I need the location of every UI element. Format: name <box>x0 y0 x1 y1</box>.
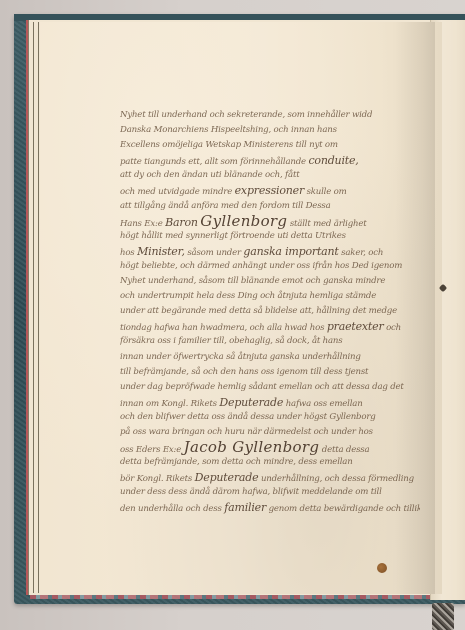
emphasized-word: Minister, <box>137 245 185 258</box>
line-text: bör Kongl. Rikets <box>120 474 195 484</box>
line-text: innan under öfwertrycka så åtnjuta gansk… <box>120 352 361 362</box>
line-text: genom detta bewärdigande och tillika <box>266 504 420 514</box>
page-edge-line <box>38 22 39 593</box>
line-text: under att begärande med detta så blidels… <box>120 306 397 316</box>
emphasized-word: Deputerade <box>195 471 259 484</box>
marbled-bottom-edge <box>30 595 440 599</box>
line-text: Hans Ex:e <box>120 219 165 229</box>
line-text: på oss wara bringan och huru när därmede… <box>120 427 373 437</box>
line-text: underhållning, och dessa förmedling <box>258 474 413 484</box>
emphasized-word: expressioner <box>235 184 304 197</box>
line-text: ställt med ärlighet <box>287 219 366 229</box>
manuscript-line: högt beliebte, och därmed anhängt under … <box>120 259 420 274</box>
line-text: till befrämjande, så och den hans oss ig… <box>120 367 368 377</box>
emphasized-word: Deputerade <box>219 396 283 409</box>
manuscript-line: innan om Kongl. Rikets Deputerade hafwa … <box>120 395 420 410</box>
manuscript-line: Danska Monarchiens Hispeeltshing, och in… <box>120 123 420 138</box>
line-text: Excellens omöjeliga Wetskap Ministerens … <box>120 140 338 150</box>
manuscript-line: på oss wara bringan och huru när därmede… <box>120 425 420 440</box>
line-text: Danska Monarchiens Hispeeltshing, och in… <box>120 125 337 135</box>
emphasized-word: praetexter <box>327 320 384 333</box>
manuscript-line: tiondag hafwa han hwadmera, och alla hwa… <box>120 319 420 334</box>
manuscript-line: Nyhet underhand, såsom till blänande emo… <box>120 274 420 289</box>
line-text: hos <box>120 248 137 258</box>
page-edge-line <box>33 22 34 593</box>
line-text: och undertrumpit hela dess Ding och åtnj… <box>120 291 376 301</box>
line-text: och den blifwer detta oss ändå dessa und… <box>120 412 376 422</box>
line-text: Nyhet underhand, såsom till blänande emo… <box>120 276 385 286</box>
line-text: att dy och den ändan uti blänande och, f… <box>120 170 299 180</box>
manuscript-line: Excellens omöjeliga Wetskap Ministerens … <box>120 138 420 153</box>
line-text: såsom under <box>185 248 244 258</box>
wax-seal-dot-icon <box>377 563 387 573</box>
line-text: försäkra oss i familier till, obehaglig,… <box>120 336 342 346</box>
manuscript-line: hos Minister, såsom under ganska importa… <box>120 244 420 259</box>
manuscript-line: och med utvidgade mindre expressioner sk… <box>120 183 420 198</box>
manuscript-line: Nyhet till underhand och sekreterande, s… <box>120 108 420 123</box>
manuscript-line: detta befrämjande, som detta och mindre,… <box>120 455 420 470</box>
manuscript-line: under dag bepröfwade hemlig sådant emell… <box>120 380 420 395</box>
line-text: saker, och <box>339 248 384 258</box>
manuscript-line: att dy och den ändan uti blänande och, f… <box>120 168 420 183</box>
emphasized-word: ganska important <box>243 245 338 258</box>
manuscript-line: och undertrumpit hela dess Ding och åtnj… <box>120 289 420 304</box>
manuscript-line: oss Eders Ex:e Jacob Gyllenborg detta de… <box>120 440 420 455</box>
line-text: och <box>384 323 401 333</box>
line-text: högt beliebte, och därmed anhängt under … <box>120 261 402 271</box>
line-text: oss Eders Ex:e <box>120 445 184 455</box>
manuscript-text: Nyhet till underhand och sekreterande, s… <box>120 108 420 516</box>
manuscript-line: under att begärande med detta så blidels… <box>120 304 420 319</box>
manuscript-line: Hans Ex:e Baron Gyllenborg ställt med är… <box>120 214 420 229</box>
manuscript-line: till befrämjande, så och den hans oss ig… <box>120 365 420 380</box>
manuscript-line: under dess dess ändå därom hafwa, blifwi… <box>120 485 420 500</box>
line-text: den underhålla och dess <box>120 504 224 514</box>
manuscript-line: högt hållit med synnerligt förtroende ut… <box>120 229 420 244</box>
line-text: Nyhet till underhand och sekreterande, s… <box>120 110 372 120</box>
emphasized-word: conduite, <box>308 154 358 167</box>
line-text: under dess dess ändå därom hafwa, blifwi… <box>120 487 382 497</box>
manuscript-line: innan under öfwertrycka så åtnjuta gansk… <box>120 350 420 365</box>
manuscript-line: försäkra oss i familier till, obehaglig,… <box>120 334 420 349</box>
manuscript-line: patte tiangunds ett, allt som förinnehål… <box>120 153 420 168</box>
line-text: tiondag hafwa han hwadmera, och alla hwa… <box>120 323 327 333</box>
manuscript-line: att tillgång ändå anföra med den fordom … <box>120 199 420 214</box>
line-text: detta dessa <box>319 445 369 455</box>
emphasized-word: Baron <box>165 216 198 229</box>
line-text: att tillgång ändå anföra med den fordom … <box>120 201 331 211</box>
manuscript-line: den underhålla och dess familier genom d… <box>120 500 420 515</box>
signature-name: Gyllenborg <box>200 214 287 229</box>
line-text: skulle om <box>304 187 347 197</box>
line-text: hafwa oss emellan <box>283 399 362 409</box>
line-text: patte tiangunds ett, allt som förinnehål… <box>120 157 308 167</box>
emphasized-word: familier <box>224 501 266 514</box>
signature-name: Jacob Gyllenborg <box>184 440 320 455</box>
clasp-icon <box>432 603 454 630</box>
manuscript-line: och den blifwer detta oss ändå dessa und… <box>120 410 420 425</box>
line-text: innan om Kongl. Rikets <box>120 399 219 409</box>
line-text: detta befrämjande, som detta och mindre,… <box>120 457 353 467</box>
manuscript-line: bör Kongl. Rikets Deputerade underhållni… <box>120 470 420 485</box>
line-text: och med utvidgade mindre <box>120 187 235 197</box>
line-text: under dag bepröfwade hemlig sådant emell… <box>120 382 404 392</box>
line-text: högt hållit med synnerligt förtroende ut… <box>120 231 346 241</box>
